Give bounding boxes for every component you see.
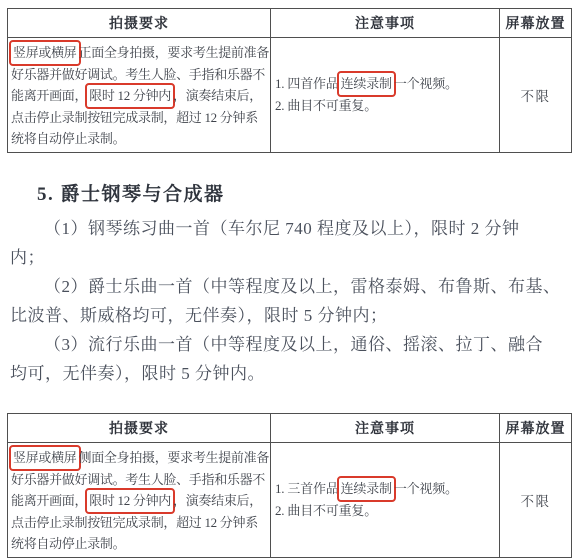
text-line: 好乐器并做好调试。考生人脸、手指和乐器不 bbox=[11, 64, 268, 86]
text-line: 统将自动停止录制。 bbox=[11, 128, 268, 150]
paragraph-line: 比波普、斯威格均可，无伴奏），限时 5 分钟内； bbox=[10, 301, 572, 330]
text-line: 统将自动停止录制。 bbox=[11, 533, 268, 555]
column-header-notes: 注意事项 bbox=[271, 414, 500, 443]
column-header-screen-placement: 屏幕放置 bbox=[500, 414, 572, 443]
red-highlight-box: 竖屏或横屏 bbox=[9, 445, 81, 471]
text-segment: 能离开画面， bbox=[11, 88, 87, 103]
notes-cell: 1. 四首作品连续录制一个视频。2. 曲目不可重复。 bbox=[271, 38, 500, 153]
text-segment: 1. 三首作品 bbox=[275, 481, 339, 496]
text-segment: 能离开画面， bbox=[11, 493, 87, 508]
red-highlight-box: 限时 12 分钟内 bbox=[85, 488, 175, 514]
text-line: 2. 曲目不可重复。 bbox=[275, 95, 498, 117]
shooting-requirements-cell: 竖屏或横屏侧面全身拍摄，要求考生提前准备好乐器并做好调试。考生人脸、手指和乐器不… bbox=[8, 443, 271, 558]
table-body-row: 竖屏或横屏正面全身拍摄，要求考生提前准备好乐器并做好调试。考生人脸、手指和乐器不… bbox=[8, 38, 572, 153]
text-line: 点击停止录制按钮完成录制，超过 12 分钟系 bbox=[11, 512, 268, 534]
text-segment: 2. 曲目不可重复。 bbox=[275, 98, 377, 113]
text-line: 1. 三首作品连续录制一个视频。 bbox=[275, 478, 498, 500]
paragraph-line: （1）钢琴练习曲一首（车尔尼 740 程度及以上），限时 2 分钟 bbox=[10, 214, 572, 243]
table-header-row: 拍摄要求 注意事项 屏幕放置 bbox=[8, 414, 572, 443]
text-segment: 1. 四首作品 bbox=[275, 76, 339, 91]
screen-placement-cell: 不限 bbox=[500, 38, 572, 153]
paragraph-line: （2）爵士乐曲一首（中等程度及以上，雷格泰姆、布鲁斯、布基、 bbox=[10, 272, 572, 301]
text-segment: ，演奏结束后， bbox=[173, 493, 262, 508]
table-body-row: 竖屏或横屏侧面全身拍摄，要求考生提前准备好乐器并做好调试。考生人脸、手指和乐器不… bbox=[8, 443, 572, 558]
text-segment: 统将自动停止录制。 bbox=[11, 131, 125, 146]
text-segment: 2. 曲目不可重复。 bbox=[275, 503, 377, 518]
text-segment: 点击停止录制按钮完成录制，超过 12 分钟系 bbox=[11, 515, 258, 530]
column-header-screen-placement: 屏幕放置 bbox=[500, 9, 572, 38]
document-page: 拍摄要求 注意事项 屏幕放置 竖屏或横屏正面全身拍摄，要求考生提前准备好乐器并做… bbox=[0, 0, 579, 558]
text-segment: 正面全身拍摄，要求考生提前准备 bbox=[79, 45, 270, 60]
text-segment: ，演奏结束后， bbox=[173, 88, 262, 103]
text-segment: 好乐器并做好调试。考生人脸、手指和乐器不 bbox=[11, 67, 265, 82]
table-header-row: 拍摄要求 注意事项 屏幕放置 bbox=[8, 9, 572, 38]
notes-cell: 1. 三首作品连续录制一个视频。2. 曲目不可重复。 bbox=[271, 443, 500, 558]
text-segment: 好乐器并做好调试。考生人脸、手指和乐器不 bbox=[11, 472, 265, 487]
exam-pieces-paragraphs: （1）钢琴练习曲一首（车尔尼 740 程度及以上），限时 2 分钟内；（2）爵士… bbox=[10, 214, 572, 388]
column-header-notes: 注意事项 bbox=[271, 9, 500, 38]
text-segment: 一个视频。 bbox=[394, 481, 458, 496]
requirements-table-bottom: 拍摄要求 注意事项 屏幕放置 竖屏或横屏侧面全身拍摄，要求考生提前准备好乐器并做… bbox=[7, 413, 572, 558]
text-line: 点击停止录制按钮完成录制，超过 12 分钟系 bbox=[11, 107, 268, 129]
column-header-shooting-requirements: 拍摄要求 bbox=[8, 414, 271, 443]
text-line: 2. 曲目不可重复。 bbox=[275, 500, 498, 522]
paragraph-line: 内； bbox=[10, 243, 572, 272]
jazz-piano-section: 5. 爵士钢琴与合成器 （1）钢琴练习曲一首（车尔尼 740 程度及以上），限时… bbox=[10, 183, 572, 388]
screen-placement-cell: 不限 bbox=[500, 443, 572, 558]
text-line: 竖屏或横屏正面全身拍摄，要求考生提前准备 bbox=[11, 42, 268, 64]
red-highlight-box: 连续录制 bbox=[337, 71, 396, 97]
text-line: 好乐器并做好调试。考生人脸、手指和乐器不 bbox=[11, 469, 268, 491]
paragraph-line: 均可，无伴奏），限时 5 分钟内。 bbox=[10, 359, 572, 388]
text-line: 能离开画面，限时 12 分钟内，演奏结束后， bbox=[11, 490, 268, 512]
requirements-table-top: 拍摄要求 注意事项 屏幕放置 竖屏或横屏正面全身拍摄，要求考生提前准备好乐器并做… bbox=[7, 8, 572, 153]
column-header-shooting-requirements: 拍摄要求 bbox=[8, 9, 271, 38]
section-heading: 5. 爵士钢琴与合成器 bbox=[37, 183, 572, 207]
text-segment: 一个视频。 bbox=[394, 76, 458, 91]
shooting-requirements-cell: 竖屏或横屏正面全身拍摄，要求考生提前准备好乐器并做好调试。考生人脸、手指和乐器不… bbox=[8, 38, 271, 153]
paragraph-line: （3）流行乐曲一首（中等程度及以上，通俗、摇滚、拉丁、融合 bbox=[10, 330, 572, 359]
red-highlight-box: 连续录制 bbox=[337, 476, 396, 502]
text-line: 竖屏或横屏侧面全身拍摄，要求考生提前准备 bbox=[11, 447, 268, 469]
red-highlight-box: 限时 12 分钟内 bbox=[85, 83, 175, 109]
text-line: 1. 四首作品连续录制一个视频。 bbox=[275, 73, 498, 95]
text-segment: 侧面全身拍摄，要求考生提前准备 bbox=[79, 450, 270, 465]
text-line: 能离开画面，限时 12 分钟内，演奏结束后， bbox=[11, 85, 268, 107]
text-segment: 点击停止录制按钮完成录制，超过 12 分钟系 bbox=[11, 110, 258, 125]
text-segment: 统将自动停止录制。 bbox=[11, 536, 125, 551]
red-highlight-box: 竖屏或横屏 bbox=[9, 40, 81, 66]
